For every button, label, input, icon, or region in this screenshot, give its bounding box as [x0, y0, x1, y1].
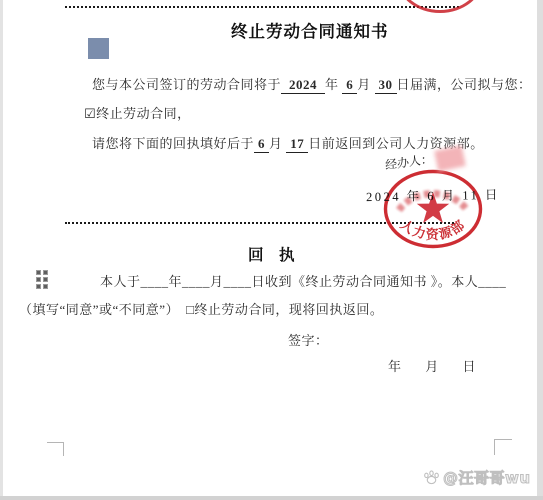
expiry-suffix: 日届满，公司拟与您： [397, 77, 532, 92]
page-edge-left [0, 0, 3, 500]
page-edge-bottom [0, 496, 543, 500]
expiry-month-unit: 月 [357, 77, 371, 92]
document-page: 终止劳动合同通知书 您与本公司签订的劳动合同将于2024年 6月 30日届满，公… [0, 0, 543, 500]
watermark-text: @汪哥哥wu [443, 467, 531, 488]
drag-handle-icon[interactable] [37, 271, 47, 288]
receipt-date-blanks: 年 月 日 [388, 356, 476, 375]
grip-dot [37, 278, 40, 281]
expiry-prefix: 您与本公司签订的劳动合同将于 [92, 77, 281, 92]
watermark: @汪哥哥wu [423, 467, 531, 488]
redaction-square [88, 38, 109, 59]
signature-label: 签字： [288, 330, 329, 349]
receipt-line-acknowledge: 本人于____年____月____日收到《终止劳动合同通知书 》。本人____ [100, 271, 506, 290]
checked-checkbox-icon: ☑ [84, 107, 96, 122]
grip-dot [44, 271, 47, 274]
notice-option-line: ☑终止劳动合同， [84, 103, 191, 122]
expiry-year-blank: 2024 [281, 77, 325, 94]
handler-name-redaction [434, 145, 466, 171]
option-label: 终止劳动合同， [96, 106, 191, 121]
dotted-divider-top [65, 6, 459, 8]
return-prefix: 请您将下面的回执填好后于 [92, 136, 254, 151]
grip-dot [44, 285, 47, 288]
return-day-blank: 17 [286, 136, 308, 153]
notice-title: 终止劳动合同通知书 [231, 18, 389, 42]
paw-icon [423, 469, 440, 486]
return-month-blank: 6 [254, 136, 269, 153]
hr-department-stamp: 人力资源部 [382, 169, 484, 249]
receipt-line-agree: （填写“同意”或“不同意”） □终止劳动合同，现将回执返回。 [19, 299, 383, 318]
expiry-day-blank: 30 [375, 77, 397, 94]
page-edge-right [537, 0, 543, 500]
margin-mark-bottom-right [494, 439, 512, 455]
stamp-date: 2024 年 6 月 11 日 [366, 185, 500, 205]
return-month-unit: 月 [269, 136, 283, 151]
expiry-month-blank: 6 [342, 77, 357, 94]
grip-dot [44, 278, 47, 281]
grip-dot [37, 285, 40, 288]
notice-line-expiry: 您与本公司签订的劳动合同将于2024年 6月 30日届满，公司拟与您： [92, 74, 532, 94]
receipt-title: 回 执 [248, 243, 295, 265]
grip-dot [37, 271, 40, 274]
margin-mark-bottom-left [47, 442, 64, 456]
expiry-year-unit: 年 [325, 77, 339, 92]
